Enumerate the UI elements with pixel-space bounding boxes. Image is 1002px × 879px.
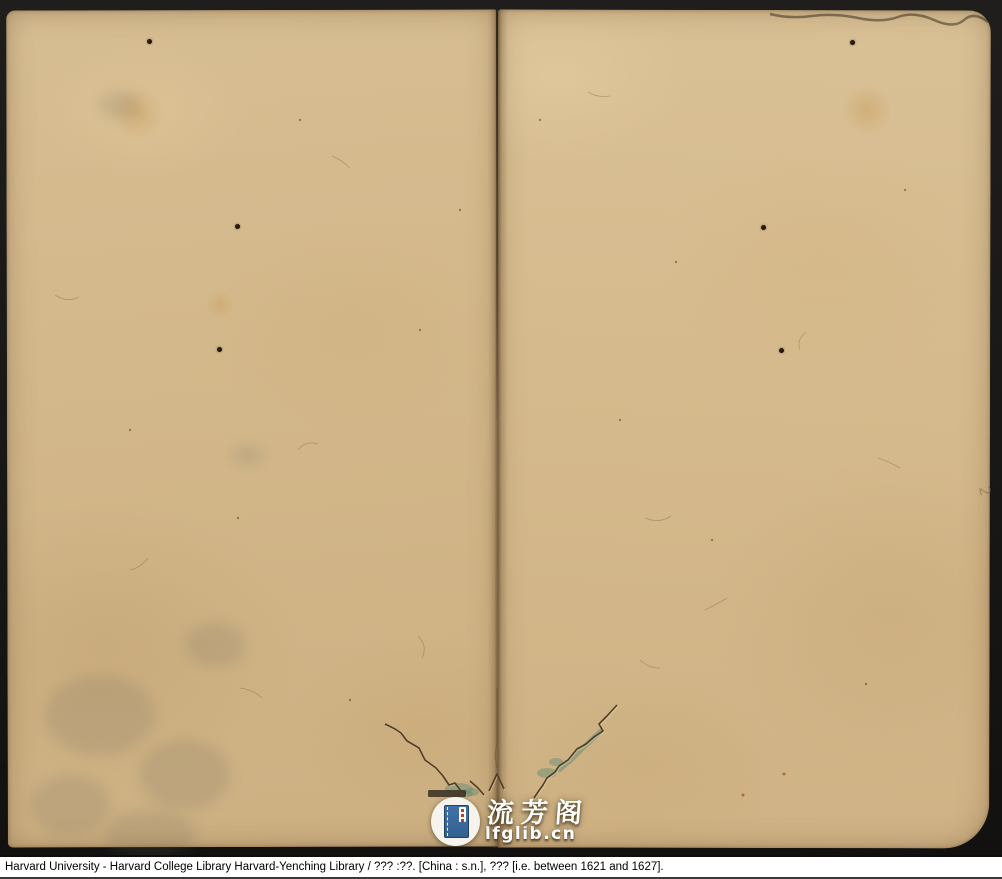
scanned-book-spread: 2 流芳阁 lfglib.cn	[0, 0, 1002, 855]
right-page	[496, 9, 991, 848]
book-stitching	[447, 807, 448, 836]
caption-text: Harvard University - Harvard College Lib…	[5, 861, 664, 873]
left-page	[6, 9, 498, 847]
book-title-label	[459, 807, 466, 822]
watermark-title: 流芳阁	[486, 800, 590, 827]
stitched-book-icon	[431, 797, 480, 846]
book-scan-viewer: 2 流芳阁 lfglib.cn Harvard University - Har…	[0, 0, 1002, 879]
blue-book-glyph	[444, 805, 469, 838]
caption-bar: Harvard University - Harvard College Lib…	[0, 855, 1002, 879]
watermark: 流芳阁 lfglib.cn	[431, 797, 589, 846]
watermark-texts: 流芳阁 lfglib.cn	[487, 800, 589, 843]
